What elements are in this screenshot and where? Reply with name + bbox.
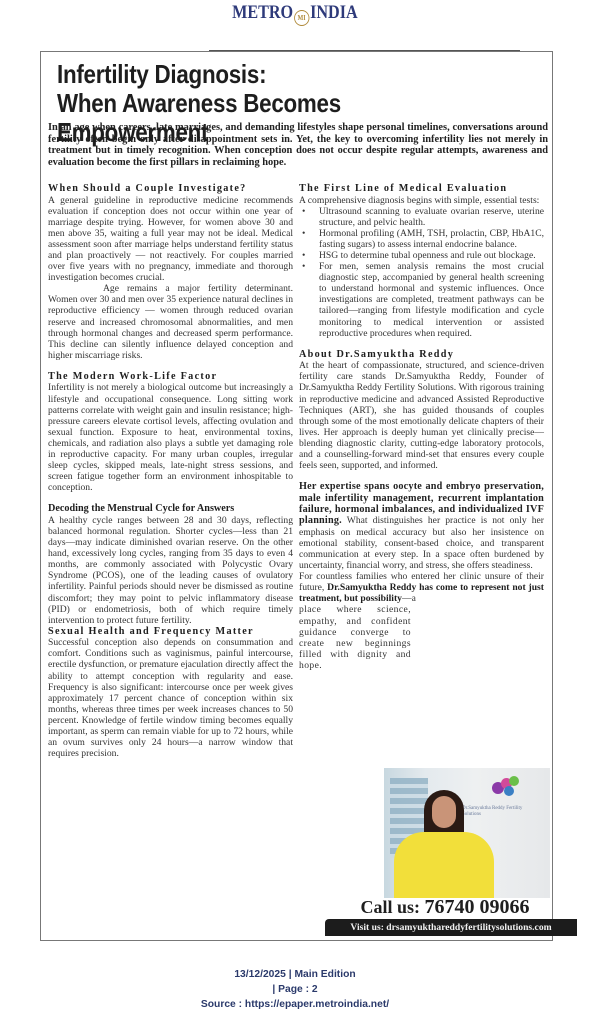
clinic-logo-icon: [492, 776, 522, 798]
logo-text-left: METRO: [232, 2, 293, 23]
expertise-lead: Her expertise spans: [299, 481, 393, 492]
doctor-outfit: [394, 832, 494, 898]
metro-india-logo: METROMIINDIA: [232, 2, 358, 26]
section-heading-investigate: When Should a Couple Investigate?: [48, 183, 293, 195]
paragraph: A comprehensive diagnosis begins with si…: [299, 195, 544, 206]
paragraph: Successful conception also depends on co…: [48, 637, 293, 759]
paragraph: Age remains a major fertility determinan…: [48, 283, 293, 361]
paragraph: Infertility is not merely a biological o…: [48, 382, 293, 493]
section-heading-menstrual-cycle: Decoding the Menstrual Cycle for Answers: [48, 503, 293, 515]
footer-date-edition: 13/12/2025 | Main Edition: [0, 967, 590, 982]
website-link[interactable]: Visit us: drsamyukthareddyfertilitysolut…: [325, 919, 577, 936]
list-item: For men, semen analysis remains the most…: [299, 261, 544, 339]
logo-emblem-icon: MI: [294, 10, 309, 26]
closing-dash: —a: [402, 593, 416, 604]
masthead: METROMIINDIA: [0, 2, 590, 28]
doctor-photo: Dr.Samyuktha Reddy Fertility Solutions: [384, 768, 550, 898]
expertise-paragraph: Her expertise spans oocyte and embryo pr…: [299, 481, 544, 571]
call-label: Call us:: [360, 897, 420, 917]
closing-bold: Dr.Samyuktha Reddy has come to represent…: [299, 582, 544, 604]
page-footer: 13/12/2025 | Main Edition | Page : 2 Sou…: [0, 967, 590, 1012]
right-column: The First Line of Medical Evaluation A c…: [299, 183, 544, 671]
section-heading-sexual-health: Sexual Health and Frequency Matter: [48, 626, 293, 638]
logo-text-right: INDIA: [310, 2, 358, 23]
section-heading-about: About Dr.Samyuktha Reddy: [299, 349, 544, 361]
section-heading-work-life: The Modern Work-Life Factor: [48, 371, 293, 383]
closing-paragraph: For countless families who entered her c…: [299, 571, 544, 604]
headline-line-1: Infertility Diagnosis:: [57, 60, 478, 89]
section-heading-medical-evaluation: The First Line of Medical Evaluation: [299, 183, 544, 195]
call-us: Call us: 76740 09066: [315, 897, 575, 917]
clinic-sign-text: Dr.Samyuktha Reddy Fertility Solutions: [462, 806, 532, 818]
closing-wrap-text: place where science, empathy, and confid…: [299, 604, 411, 671]
list-item: Hormonal profiling (AMH, TSH, prolactin,…: [299, 228, 544, 250]
left-column: When Should a Couple Investigate? A gene…: [48, 183, 293, 759]
doctor-face: [432, 796, 456, 828]
phone-number[interactable]: 76740 09066: [425, 896, 530, 918]
list-item: HSG to determine tubal openness and rule…: [299, 250, 544, 261]
footer-page: | Page : 2: [0, 982, 590, 997]
paragraph: At the heart of compassionate, structure…: [299, 360, 544, 471]
footer-source-link[interactable]: Source : https://epaper.metroindia.net/: [0, 997, 590, 1012]
paragraph: A healthy cycle ranges between 28 and 30…: [48, 515, 293, 626]
tests-list: Ultrasound scanning to evaluate ovarian …: [299, 206, 544, 339]
paragraph: A general guideline in reproductive medi…: [48, 195, 293, 284]
list-item: Ultrasound scanning to evaluate ovarian …: [299, 206, 544, 228]
article-intro: In an age when careers, late marriages, …: [48, 122, 548, 168]
